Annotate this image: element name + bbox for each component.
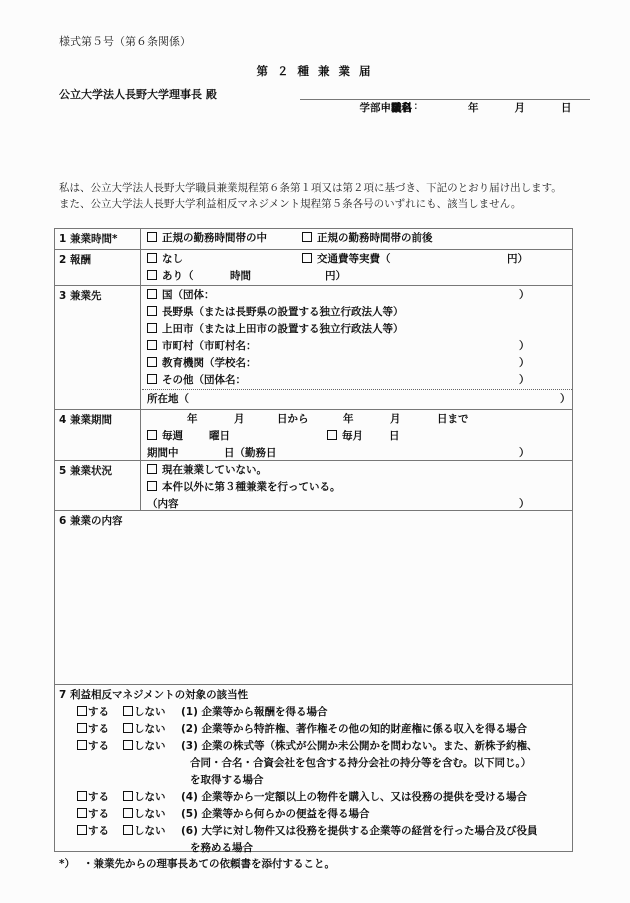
- compensation-label: 2 報酬: [55, 250, 141, 286]
- coi-2-no[interactable]: しない: [123, 721, 166, 738]
- compensation-paid-option[interactable]: あり（: [147, 270, 194, 282]
- status-other-option[interactable]: 本件以外に第３種兼業を行っている。: [147, 479, 572, 496]
- coi-2-yes[interactable]: する: [77, 721, 109, 738]
- section-work-hours: 1 兼業時間* 正規の勤務時間帯の中 正規の勤務時間帯の前後: [55, 229, 572, 249]
- employer-option-municipality[interactable]: 市町村（市町村名：）: [147, 338, 572, 355]
- checkbox-icon[interactable]: [147, 232, 157, 242]
- checkbox-icon[interactable]: [147, 323, 157, 333]
- compensation-none-option[interactable]: なし: [147, 253, 183, 265]
- coi-1-yes[interactable]: する: [77, 704, 109, 721]
- checkbox-icon[interactable]: [147, 340, 157, 350]
- checkbox-icon[interactable]: [302, 232, 312, 242]
- employer-location-field[interactable]: 所在地（）: [142, 389, 572, 409]
- coi-6-yes[interactable]: する: [77, 823, 109, 840]
- checkbox-icon[interactable]: [123, 808, 133, 818]
- checkbox-icon[interactable]: [123, 791, 133, 801]
- section-employer: 3 兼業先 国（団体：） 長野県（または長野県の設置する独立行政法人等） 上田市…: [55, 285, 572, 410]
- checkbox-icon[interactable]: [77, 723, 87, 733]
- checkbox-icon[interactable]: [123, 706, 133, 716]
- coi-item-1: する しない (1) 企業等から報酬を得る場合: [59, 704, 572, 721]
- checkbox-icon[interactable]: [302, 253, 312, 263]
- period-weekly-option[interactable]: 毎週: [147, 430, 183, 442]
- footnote-text: ・兼業先からの理事長あての依頼書を添付すること。: [83, 858, 335, 870]
- section-compensation: 2 報酬 なし 交通費等実費（ 円） あり（ 時間 円）: [55, 249, 572, 286]
- coi-4-yes[interactable]: する: [77, 789, 109, 806]
- status-none-option[interactable]: 現在兼業していない。: [147, 462, 572, 479]
- checkbox-icon[interactable]: [77, 808, 87, 818]
- name-label: 氏名: [300, 100, 412, 117]
- checkbox-icon[interactable]: [327, 430, 337, 440]
- footnote-mark: *）: [59, 856, 83, 871]
- document-title: 第２種兼業届: [0, 63, 630, 79]
- coi-5-yes[interactable]: する: [77, 806, 109, 823]
- employer-label: 3 兼業先: [55, 286, 141, 410]
- compensation-transport-option[interactable]: 交通費等実費（: [302, 251, 391, 268]
- coi-item-4: する しない (4) 企業等から一定額以上の物件を購入し、又は役務の提供を受ける…: [59, 789, 572, 806]
- checkbox-icon[interactable]: [147, 374, 157, 384]
- checkbox-icon[interactable]: [123, 740, 133, 750]
- checkbox-icon[interactable]: [147, 430, 157, 440]
- work-hours-label: 1 兼業時間*: [55, 229, 141, 249]
- coi-4-no[interactable]: しない: [123, 789, 166, 806]
- coi-label: 7 利益相反マネジメントの対象の該当性: [59, 687, 572, 704]
- coi-1-no[interactable]: しない: [123, 704, 166, 721]
- section-current-status: 5 兼業状況 現在兼業していない。 本件以外に第３種兼業を行っている。 （内容）: [55, 460, 572, 511]
- work-content-label: 6 兼業の内容: [59, 513, 122, 528]
- checkbox-icon[interactable]: [77, 791, 87, 801]
- employer-option-ueda-city[interactable]: 上田市（または上田市の設置する独立行政法人等）: [147, 321, 572, 338]
- checkbox-icon[interactable]: [77, 825, 87, 835]
- coi-5-no[interactable]: しない: [123, 806, 166, 823]
- checkbox-icon[interactable]: [147, 481, 157, 491]
- addressee: 公立大学法人長野大学理事長 殿: [59, 86, 217, 102]
- work-hours-outside-option[interactable]: 正規の勤務時間帯の前後: [302, 230, 433, 247]
- checkbox-icon[interactable]: [77, 706, 87, 716]
- coi-block: 7 利益相反マネジメントの対象の該当性 する しない (1) 企業等から報酬を得…: [55, 685, 572, 857]
- current-status-label: 5 兼業状況: [55, 461, 141, 511]
- period-label: 4 兼業期間: [55, 410, 141, 461]
- checkbox-icon[interactable]: [147, 464, 157, 474]
- checkbox-icon[interactable]: [123, 723, 133, 733]
- intro-paragraph-2: また、公立大学法人長野大学利益相反マネジメント規程第５条各号のいずれにも、該当し…: [59, 196, 589, 212]
- checkbox-icon[interactable]: [147, 357, 157, 367]
- coi-item-2: する しない (2) 企業等から特許権、著作権その他の知的財産権に係る収入を得る…: [59, 721, 572, 738]
- coi-item-5: する しない (5) 企業等から何らかの便益を得る場合: [59, 806, 572, 823]
- checkbox-icon[interactable]: [147, 306, 157, 316]
- coi-6-no[interactable]: しない: [123, 823, 166, 840]
- period-monthly-option[interactable]: 毎月: [327, 428, 363, 445]
- checkbox-icon[interactable]: [147, 253, 157, 263]
- checkbox-icon[interactable]: [147, 289, 157, 299]
- section-work-content[interactable]: 6 兼業の内容: [55, 510, 572, 685]
- section-conflict-of-interest: 7 利益相反マネジメントの対象の該当性 する しない (1) 企業等から報酬を得…: [55, 684, 572, 851]
- employer-option-national[interactable]: 国（団体：）: [147, 287, 572, 304]
- form-number: 様式第５号（第６条関係）: [59, 33, 191, 49]
- checkbox-icon[interactable]: [147, 270, 157, 280]
- name-field[interactable]: 氏名 :: [300, 99, 590, 117]
- coi-item-6: する しない (6) 大学に対し物件又は役務を提供する企業等の経営を行った場合及…: [59, 823, 572, 840]
- employer-option-prefecture[interactable]: 長野県（または長野県の設置する独立行政法人等）: [147, 304, 572, 321]
- checkbox-icon[interactable]: [77, 740, 87, 750]
- checkbox-icon[interactable]: [123, 825, 133, 835]
- employer-option-school[interactable]: 教育機関（学校名：）: [147, 355, 572, 372]
- intro-paragraph-1: 私は、公立大学法人長野大学職員兼業規程第６条第１項又は第２項に基づき、下記のとお…: [59, 180, 589, 196]
- coi-3-no[interactable]: しない: [123, 738, 166, 755]
- coi-3-yes[interactable]: する: [77, 738, 109, 755]
- intro-text: 私は、公立大学法人長野大学職員兼業規程第６条第１項又は第２項に基づき、下記のとお…: [59, 180, 589, 212]
- work-hours-during-option[interactable]: 正規の勤務時間帯の中: [147, 232, 267, 244]
- coi-item-3: する しない (3) 企業の株式等（株式が公開か未公開かを問わない。また、新株予…: [59, 738, 572, 755]
- period-date-range[interactable]: 年 月 日から 年 月 日まで: [147, 411, 572, 428]
- employer-option-other[interactable]: その他（団体名：）: [147, 372, 572, 389]
- footnote: *）・兼業先からの理事長あての依頼書を添付すること。: [59, 856, 335, 871]
- section-period: 4 兼業期間 年 月 日から 年 月 日まで 毎週 曜日 毎月 日 期間中 日（…: [55, 409, 572, 461]
- application-form-table: 1 兼業時間* 正規の勤務時間帯の中 正規の勤務時間帯の前後 2 報酬 なし 交…: [54, 228, 573, 852]
